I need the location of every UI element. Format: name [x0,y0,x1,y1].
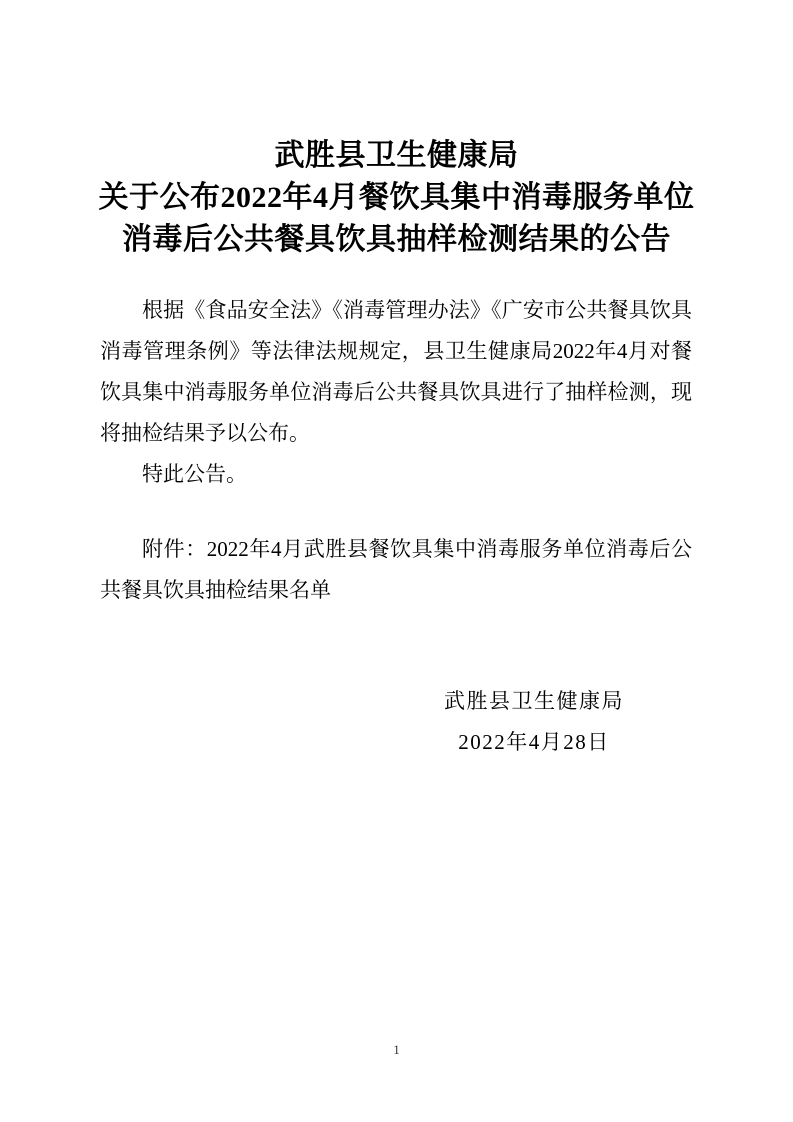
title-line-subject-2: 消毒后公共餐具饮具抽样检测结果的公告 [0,219,793,261]
document-page: 武胜县卫生健康局 关于公布2022年4月餐饮具集中消毒服务单位 消毒后公共餐具饮… [0,0,793,1122]
paragraph-attachment: 附件：2022年4月武胜县餐饮具集中消毒服务单位消毒后公共餐具饮具抽检结果名单 [100,529,692,611]
document-title: 武胜县卫生健康局 关于公布2022年4月餐饮具集中消毒服务单位 消毒后公共餐具饮… [0,135,793,261]
paragraph-closing: 特此公告。 [100,454,692,495]
signature-date: 2022年4月28日 [444,722,624,763]
document-body: 根据《食品安全法》《消毒管理办法》《广安市公共餐具饮具消毒管理条例》等法律法规规… [100,290,692,763]
signature-issuer-name: 武胜县卫生健康局 [444,681,624,722]
title-line-issuer: 武胜县卫生健康局 [0,135,793,177]
title-line-subject-1: 关于公布2022年4月餐饮具集中消毒服务单位 [0,177,793,219]
page-number: 1 [0,1042,793,1058]
paragraph-legal-basis: 根据《食品安全法》《消毒管理办法》《广安市公共餐具饮具消毒管理条例》等法律法规规… [100,290,692,454]
signature-block: 武胜县卫生健康局 2022年4月28日 [444,681,624,763]
